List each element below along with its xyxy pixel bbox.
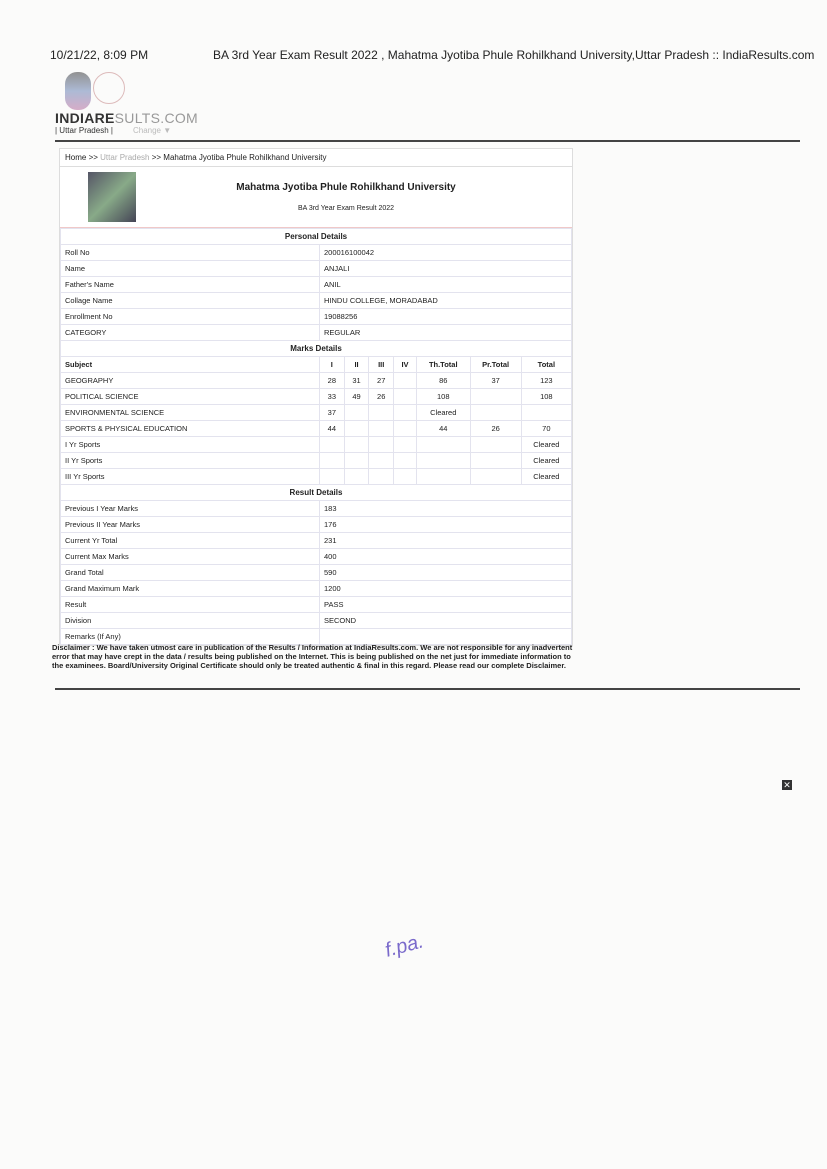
print-timestamp: 10/21/22, 8:09 PM <box>50 48 148 62</box>
section-header: Personal Details <box>61 229 572 245</box>
table-row: Grand Maximum Mark1200 <box>61 581 572 597</box>
table-row: Enrollment No19088256 <box>61 309 572 325</box>
result-table: Personal DetailsRoll No200016100042NameA… <box>60 228 572 645</box>
table-row: Roll No200016100042 <box>61 245 572 261</box>
exam-name: BA 3rd Year Exam Result 2022 <box>60 205 572 212</box>
breadcrumb-university: Mahatma Jyotiba Phule Rohilkhand Univers… <box>163 153 326 162</box>
university-emblem-icon <box>88 172 136 222</box>
table-row: ResultPASS <box>61 597 572 613</box>
table-row: DivisionSECOND <box>61 613 572 629</box>
disclaimer: Disclaimer : We have taken utmost care i… <box>52 643 577 670</box>
university-header: Mahatma Jyotiba Phule Rohilkhand Univers… <box>60 167 572 228</box>
breadcrumb-home[interactable]: Home <box>65 153 86 162</box>
table-row: Current Yr Total231 <box>61 533 572 549</box>
handwritten-signature: f.pa. <box>383 930 427 962</box>
table-row: Father's NameANIL <box>61 277 572 293</box>
table-row: Previous II Year Marks176 <box>61 517 572 533</box>
breadcrumb: Home >> Uttar Pradesh >> Mahatma Jyotiba… <box>60 149 572 167</box>
scanned-page: 10/21/22, 8:09 PM BA 3rd Year Exam Resul… <box>0 0 827 1169</box>
table-row: Collage NameHINDU COLLEGE, MORADABAD <box>61 293 572 309</box>
change-state-link[interactable]: Change ▼ <box>133 126 171 135</box>
result-container: Home >> Uttar Pradesh >> Mahatma Jyotiba… <box>59 148 573 646</box>
table-row: Current Max Marks400 <box>61 549 572 565</box>
marks-row: GEOGRAPHY2831278637123 <box>61 373 572 389</box>
marks-row: II Yr SportsCleared <box>61 453 572 469</box>
marks-row: I Yr SportsCleared <box>61 437 572 453</box>
table-row: CATEGORYREGULAR <box>61 325 572 341</box>
section-header: Result Details <box>61 485 572 501</box>
state-selector: | Uttar Pradesh |Change ▼ <box>55 126 171 135</box>
divider <box>55 140 800 142</box>
logo-person-icon <box>65 72 91 110</box>
marks-row: SPORTS & PHYSICAL EDUCATION44442670 <box>61 421 572 437</box>
section-header: Marks Details <box>61 341 572 357</box>
table-row: Grand Total590 <box>61 565 572 581</box>
marks-row: POLITICAL SCIENCE334926108108 <box>61 389 572 405</box>
table-row: NameANJALI <box>61 261 572 277</box>
marks-row: ENVIRONMENTAL SCIENCE37Cleared <box>61 405 572 421</box>
site-logo[interactable]: INDIARESULTS.COM | Uttar Pradesh |Change… <box>55 70 185 136</box>
print-page-title: BA 3rd Year Exam Result 2022 , Mahatma J… <box>213 48 814 62</box>
table-row: Previous I Year Marks183 <box>61 501 572 517</box>
close-icon: ✕ <box>782 780 792 790</box>
breadcrumb-state[interactable]: Uttar Pradesh <box>100 153 149 162</box>
divider <box>55 688 800 690</box>
brand-name: INDIARESULTS.COM <box>55 110 198 126</box>
university-name: Mahatma Jyotiba Phule Rohilkhand Univers… <box>60 182 572 193</box>
marks-row: III Yr SportsCleared <box>61 469 572 485</box>
marks-header-row: SubjectIIIIIIIVTh.TotalPr.TotalTotal <box>61 357 572 373</box>
state-map-icon <box>93 72 125 104</box>
